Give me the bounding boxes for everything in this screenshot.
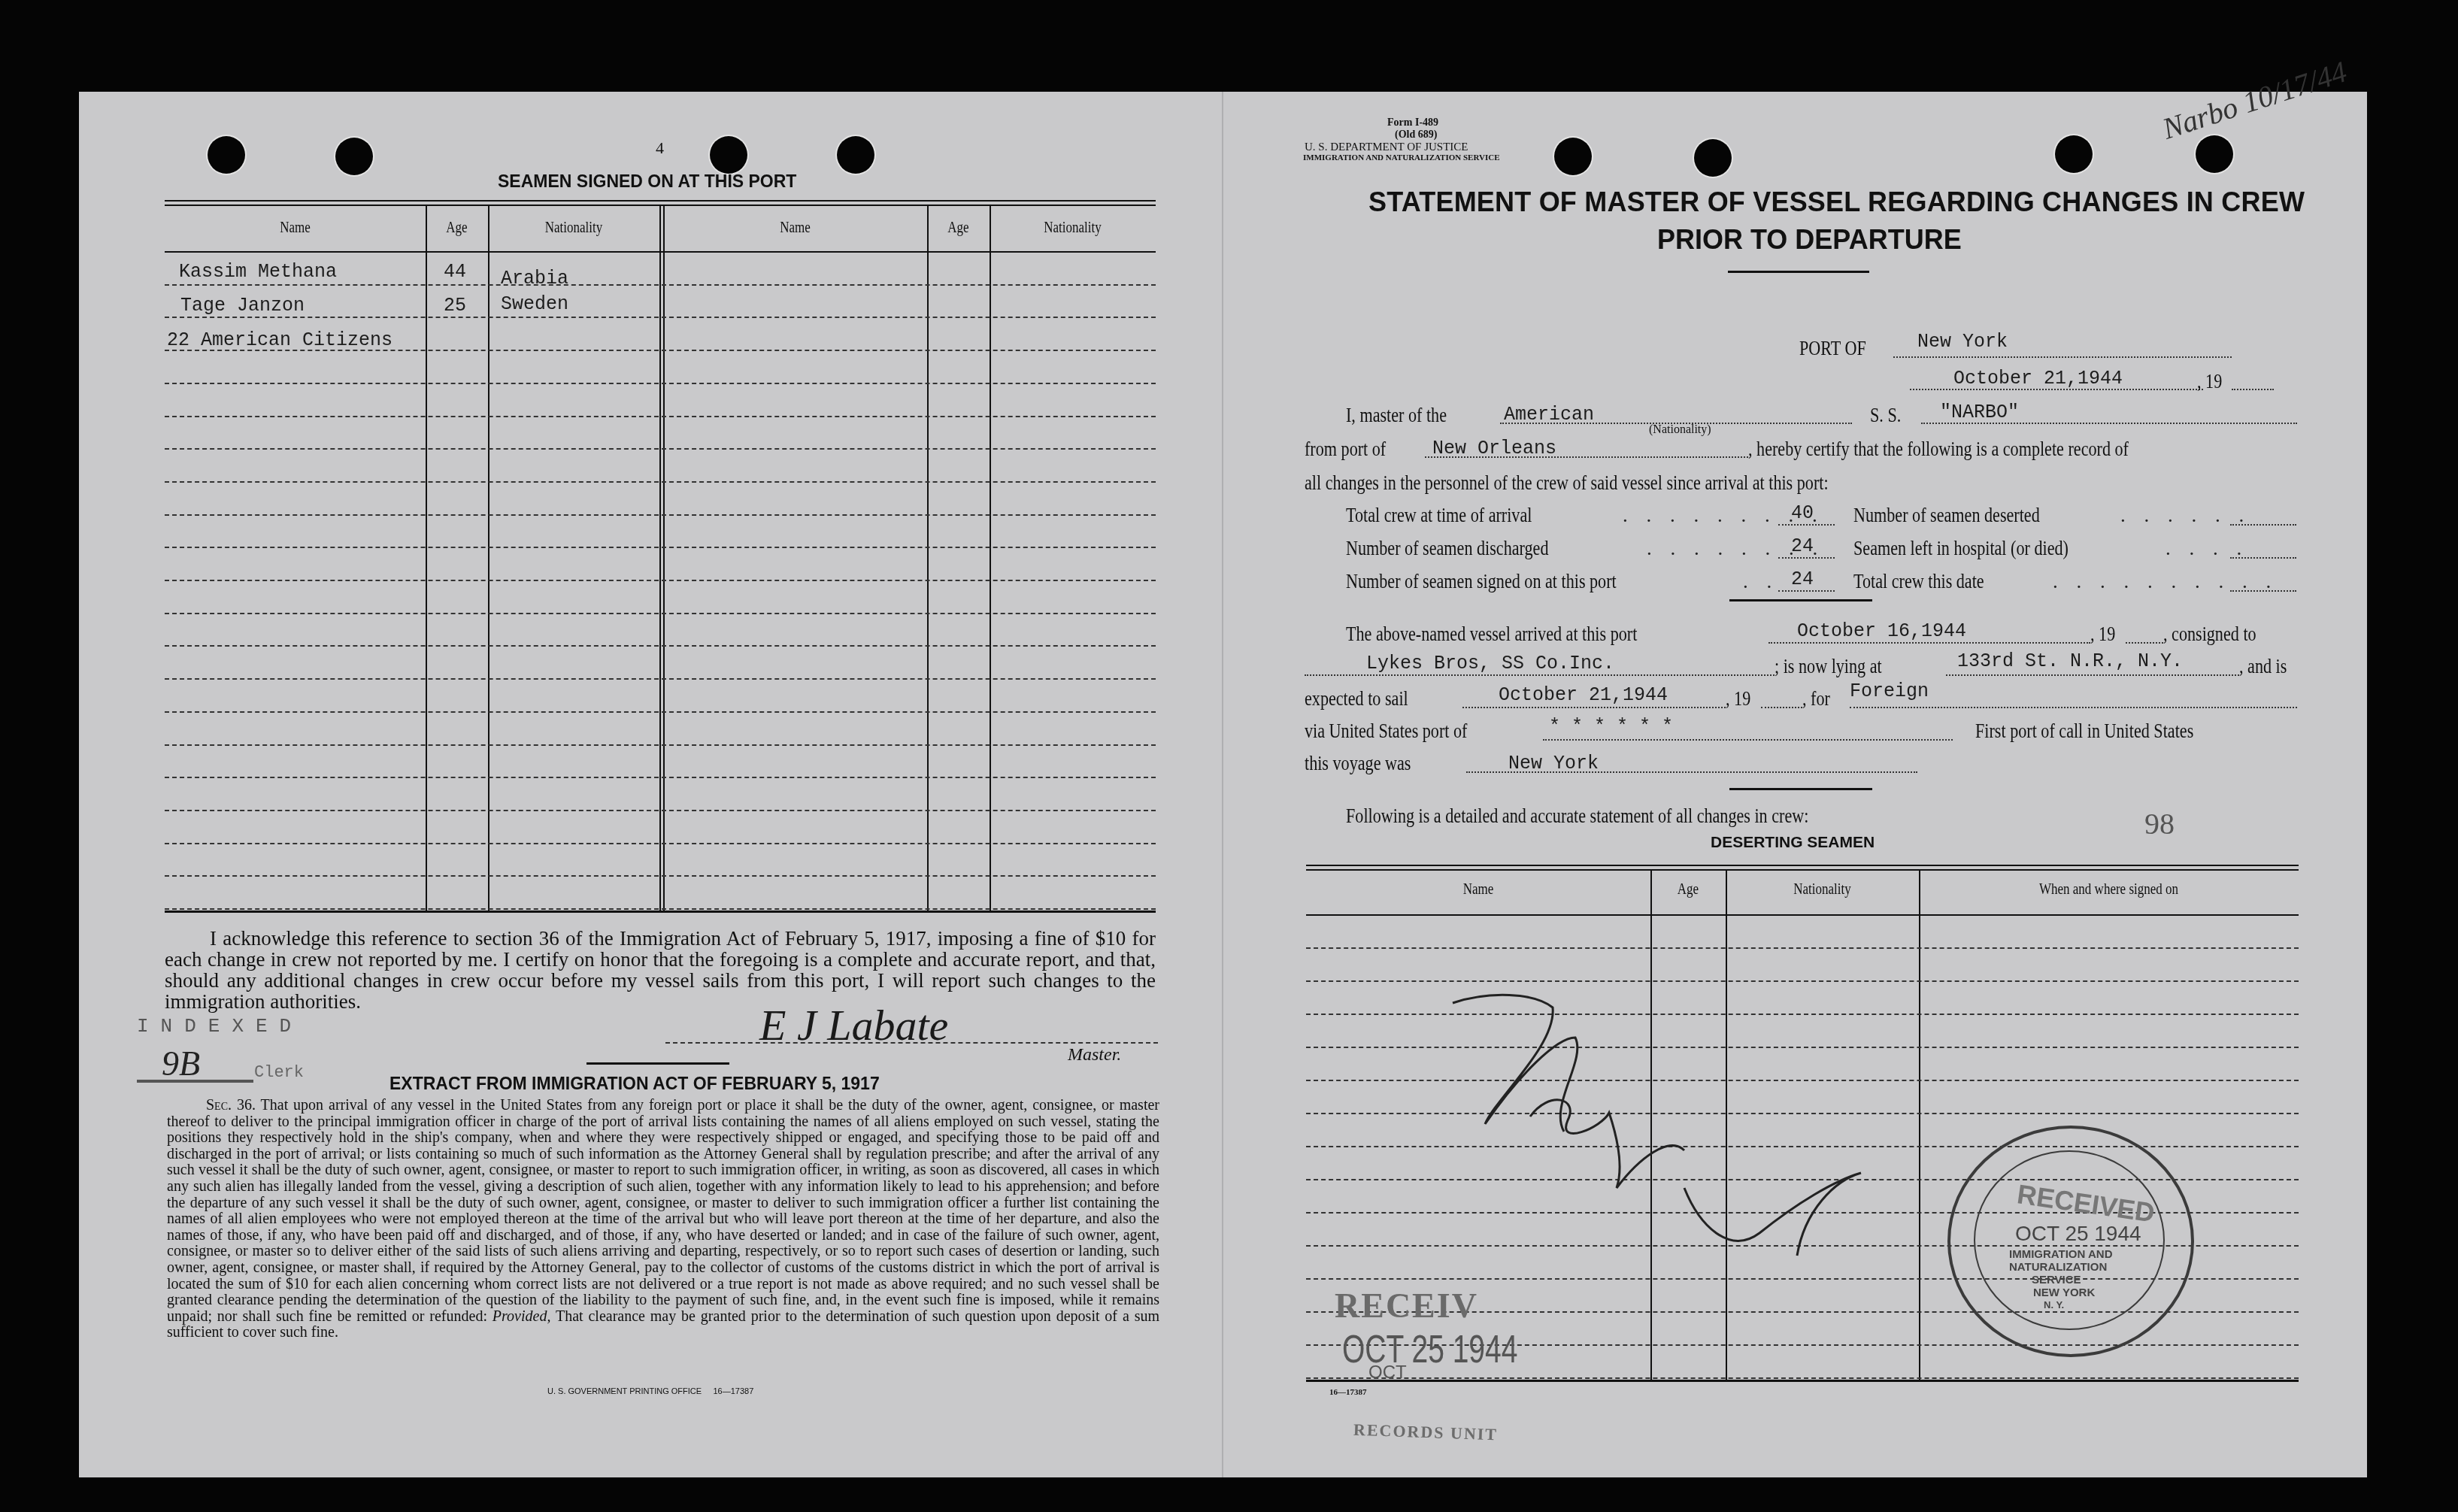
table-row-rule	[165, 777, 1156, 778]
stamp-date: OCT 25 1944	[2015, 1222, 2141, 1246]
column-header-age: Age	[932, 220, 985, 237]
port-label: PORT OF	[1799, 337, 1866, 359]
table-row-rule	[165, 580, 1156, 581]
vessel-nationality: American	[1504, 404, 1594, 426]
form-number: Form I-489	[1387, 117, 1438, 129]
table-row-rule	[1306, 947, 2299, 949]
handwritten-none-icon	[1444, 985, 1932, 1271]
column-header-age: Age	[430, 220, 483, 237]
master-signature: E J Labate	[759, 1000, 948, 1050]
column-header-name: Name	[184, 220, 406, 237]
punch-hole-icon	[1554, 138, 1592, 175]
table-row-rule	[165, 678, 1156, 680]
stamp-line: SERVICE	[2032, 1274, 2081, 1286]
table-row-rule	[165, 448, 1156, 450]
stamp-line: NATURALIZATION	[2009, 1261, 2107, 1274]
table-row-rule	[165, 547, 1156, 548]
punch-hole-icon	[837, 136, 874, 174]
punch-hole-icon	[2055, 135, 2093, 173]
stamp-line: N. Y.	[2044, 1299, 2064, 1311]
stat-value: 24	[1791, 535, 1814, 557]
consigned-label: , consigned to	[2163, 623, 2256, 646]
sail-label: expected to sail	[1305, 687, 1408, 711]
signature-role: Master.	[1068, 1045, 1121, 1065]
sail-date: October 21,1944	[1499, 684, 1668, 706]
extract-title: EXTRACT FROM IMMIGRATION ACT OF FEBRUARY…	[389, 1074, 880, 1094]
stat-label: Total crew at time of arrival	[1346, 504, 1532, 527]
printer-line: U. S. GOVERNMENT PRINTING OFFICE 16—1738…	[547, 1387, 753, 1396]
destination-value: Foreign	[1850, 680, 1929, 702]
title-divider	[1728, 271, 1869, 273]
column-header-nationality: Nationality	[501, 220, 647, 237]
from-port-label: from port of	[1305, 438, 1386, 461]
table-row-rule	[165, 875, 1156, 877]
clerk-initials: 9B	[162, 1044, 200, 1083]
seaman-age: 44	[444, 261, 466, 283]
stat-value: 24	[1791, 568, 1814, 590]
stat-label: Seamen left in hospital (or died)	[1853, 537, 2069, 560]
section-title: SEAMEN SIGNED ON AT THIS PORT	[498, 171, 796, 192]
statement-date: October 21,1944	[1953, 368, 2123, 389]
deserting-title: DESERTING SEAMEN	[1711, 834, 1875, 852]
table-row-rule	[165, 711, 1156, 713]
page-number-stamp: 98	[2144, 806, 2175, 841]
stat-label: Number of seamen signed on at this port	[1346, 570, 1617, 593]
service-name: IMMIGRATION AND NATURALIZATION SERVICE	[1303, 153, 1555, 162]
seaman-name: Tage Janzon	[180, 295, 305, 317]
from-port-value: New Orleans	[1432, 438, 1556, 459]
and-is-label: , and is	[2239, 655, 2287, 678]
lying-value: 133rd St. N.R., N.Y.	[1957, 650, 2183, 672]
arrival-date: October 16,1944	[1797, 620, 1966, 642]
consignee-value: Lykes Bros, SS Co.Inc.	[1366, 653, 1614, 674]
document-title: STATEMENT OF MASTER OF VESSEL REGARDING …	[1368, 186, 2305, 218]
following-text: Following is a detailed and accurate sta…	[1346, 804, 1808, 828]
table-row-rule	[165, 317, 1156, 318]
column-header-name: Name	[1332, 881, 1624, 898]
table-row-rule	[165, 908, 1156, 910]
seaman-age: 25	[444, 295, 466, 317]
column-header-name: Name	[683, 220, 907, 237]
voyage-label: this voyage was	[1305, 752, 1411, 775]
indexed-stamp: INDEXED	[137, 1015, 303, 1038]
table-row-rule	[165, 383, 1156, 384]
form-code: 16—17387	[1329, 1388, 1367, 1397]
ship-name: "NARBO"	[1940, 401, 2019, 423]
table-row-rule	[1306, 1377, 2299, 1379]
sail-19: , 19	[1726, 687, 1750, 711]
table-row-rule	[165, 810, 1156, 811]
seaman-nationality: Arabia	[501, 268, 568, 289]
punch-hole-icon	[710, 136, 747, 174]
clerk-label: Clerk	[254, 1063, 304, 1082]
acknowledgement-text: I acknowledge this reference to section …	[165, 928, 1156, 1012]
ss-label: S. S.	[1870, 404, 1901, 427]
stamp-line: NEW YORK	[2033, 1286, 2095, 1299]
voyage-divider	[1729, 788, 1872, 790]
lying-label: ; is now lying at	[1775, 655, 1882, 678]
stats-divider	[1729, 599, 1872, 601]
clerk-line	[137, 1080, 253, 1083]
via-port-value: * * * * * *	[1549, 716, 1673, 738]
voyage-value: New York	[1508, 753, 1599, 774]
table-row-rule	[165, 481, 1156, 483]
table-row-rule	[165, 843, 1156, 844]
stat-value: 40	[1791, 502, 1814, 524]
stat-label: Number of seamen deserted	[1853, 504, 2040, 527]
first-port-label: First port of call in United States	[1975, 720, 2193, 743]
stat-label: Total crew this date	[1853, 570, 1984, 593]
arrival-19: , 19	[2090, 623, 2115, 646]
port-value: New York	[1917, 331, 2008, 353]
stat-label: Number of seamen discharged	[1346, 537, 1548, 560]
for-label: , for	[1802, 687, 1830, 711]
certify-text: , hereby certify that the following is a…	[1748, 438, 2129, 461]
table-row-rule	[1306, 980, 2299, 982]
table-row-rule	[165, 613, 1156, 614]
page-number: 4	[656, 138, 664, 158]
punch-hole-icon	[208, 136, 245, 174]
punch-hole-icon	[1694, 139, 1732, 177]
stamp-line: IMMIGRATION AND	[2009, 1248, 2112, 1261]
table-row-rule	[165, 645, 1156, 647]
table-row-rule	[165, 514, 1156, 516]
received-stamp-block: RECEIV	[1335, 1286, 1478, 1326]
nationality-caption: (Nationality)	[1649, 423, 1711, 437]
punch-hole-icon	[2196, 135, 2233, 173]
divider	[586, 1062, 729, 1065]
table-row-rule	[165, 284, 1156, 286]
page-fold	[1222, 92, 1223, 1477]
column-header-nationality: Nationality	[1740, 881, 1904, 898]
form-old-number: (Old 689)	[1395, 129, 1437, 141]
via-label: via United States port of	[1305, 720, 1467, 743]
extract-provided: Provided,	[493, 1308, 551, 1325]
arrived-label: The above-named vessel arrived at this p…	[1346, 623, 1637, 646]
received-stamp-sub: OCT	[1368, 1362, 1407, 1383]
department-name: U. S. DEPARTMENT OF JUSTICE	[1305, 141, 1468, 154]
certify-text-2: all changes in the personnel of the crew…	[1305, 471, 1829, 495]
punch-hole-icon	[335, 138, 373, 175]
table-row-rule	[165, 416, 1156, 417]
extract-lead: Sec. 36.	[206, 1097, 256, 1114]
column-header-when-where: When and where signed on	[1947, 881, 2270, 898]
seaman-nationality: Sweden	[501, 293, 568, 315]
date-suffix: , 19	[2197, 370, 2222, 393]
seaman-name: 22 American Citizens	[167, 329, 392, 351]
extract-body: That upon arrival of any vessel in the U…	[167, 1097, 1159, 1325]
seaman-name: Kassim Methana	[179, 261, 337, 283]
column-header-age: Age	[1656, 881, 1720, 898]
port-line: PORT OF	[1799, 337, 1866, 360]
table-row-rule	[165, 744, 1156, 746]
master-of-label: I, master of the	[1346, 404, 1447, 427]
column-header-nationality: Nationality	[1002, 220, 1144, 237]
document-subtitle: PRIOR TO DEPARTURE	[1657, 224, 1962, 256]
extract-text: Sec. 36. That upon arrival of any vessel…	[167, 1098, 1159, 1341]
